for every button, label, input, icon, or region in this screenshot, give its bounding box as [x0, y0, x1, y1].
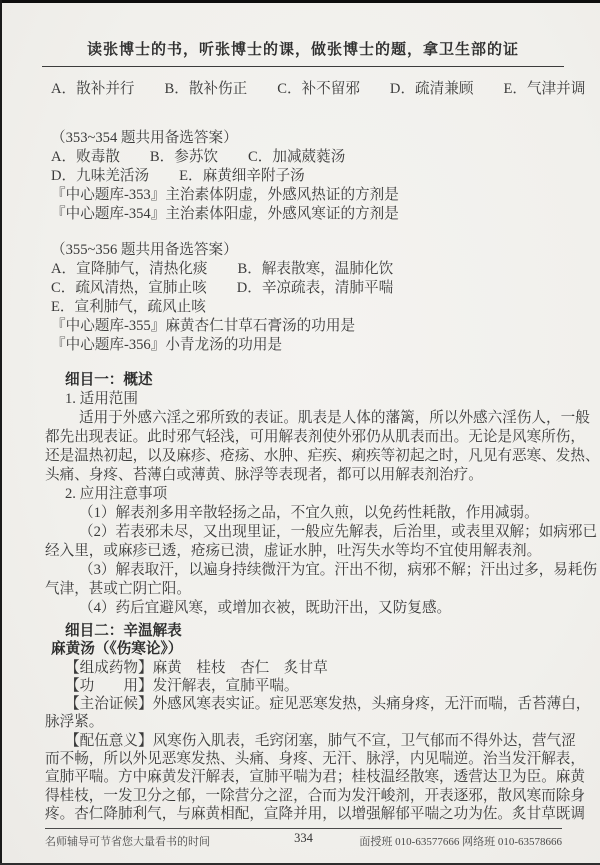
scanned-book-page: 读张博士的书，听张博士的课，做张博士的题，拿卫生部的证 A．散补并行B．散补伤正…	[0, 0, 600, 865]
option-item: A．败毒散	[51, 148, 120, 167]
section-heading: 细目一：概述	[65, 371, 562, 390]
section-answer-options-row: A．散补并行B．散补伤正C．补不留邪D．疏清兼顾E．气津并调	[45, 80, 562, 99]
footer-right-text: 面授班 010-63577666 网络班 010-63578666	[359, 833, 562, 849]
option-item: C．补不留邪	[277, 80, 360, 99]
group-caption: （355~356 题共用备选答案）	[51, 241, 562, 260]
body-line: 都先出现表证。此时邪气轻浅，可用解表剂使外邪仍从肌表而出。无论是风寒所伤，	[45, 428, 562, 447]
option-item: C．加减葳蕤汤	[248, 148, 345, 167]
option-item: D．九味羌活汤	[51, 167, 149, 186]
body-line: 头痛、身疼、苔薄白或薄黄、脉浮等表现者，都可以用解表剂治疗。	[45, 466, 562, 485]
question-355: 『中心题库-355』麻黄杏仁甘草石膏汤的功用是	[51, 317, 562, 336]
body-line: 疼。杏仁降肺利气，与麻黄相配，宣降并用，以增强解郁平喘之功为佐。炙甘草既调	[45, 805, 562, 823]
footer-left-text: 名师辅导可节省您大量看书的时间	[45, 833, 210, 849]
body-line: 【功 用】发汗解表，宣肺平喘。	[65, 677, 562, 695]
body-line: 还是温热初起，以及麻疹、疮疡、水肿、疟疾、痢疾等初起之时，凡见有恶寒、发热、	[45, 447, 562, 466]
body-line: 经入里，或麻疹已透，疮疡已溃，虚证水肿，吐泻失水等均不宜使用解表剂。	[45, 542, 562, 561]
option-item: D．辛凉疏表，清肺平喘	[237, 279, 393, 298]
option-item: E．麻黄细辛附子汤	[179, 167, 305, 186]
page-number: 334	[294, 831, 313, 846]
body-line: （4）药后宜避风寒，或增加衣被，既助汗出，又防复感。	[79, 599, 562, 618]
body-line: 宣肺平喘。方中麻黄发汗解表，宣肺平喘为君；桂枝温经散寒，透营达卫为臣。麻黄	[45, 768, 562, 786]
document-body: A．散补并行B．散补伤正C．补不留邪D．疏清兼顾E．气津并调（353~354 题…	[45, 72, 562, 823]
option-row: A．散补并行B．散补伤正C．补不留邪D．疏清兼顾E．气津并调	[51, 80, 562, 99]
group-caption: （353~354 题共用备选答案）	[51, 129, 562, 148]
page-header-slogan: 读张博士的书，听张博士的课，做张博士的题，拿卫生部的证	[42, 38, 564, 67]
option-item: A．散补并行	[51, 80, 135, 99]
option-item: D．疏清兼顾	[390, 80, 474, 99]
subsection-heading: 2. 应用注意事项	[65, 485, 562, 504]
option-row: C．疏风清热，宣肺止咳D．辛凉疏表，清肺平喘	[51, 279, 562, 298]
body-line: 适用于外感六淫之邪所致的表证。肌表是人体的藩篱，所以外感六淫伤人，一般	[79, 409, 562, 428]
option-item: C．疏风清热，宣肺止咳	[51, 279, 207, 298]
question-356: 『中心题库-356』小青龙汤的功用是	[51, 336, 562, 355]
option-item: B．散补伤正	[165, 80, 248, 99]
option-item: A．宣降肺气，清热化痰	[51, 260, 207, 279]
option-row: D．九味羌活汤E．麻黄细辛附子汤	[51, 167, 562, 186]
body-line: 气津，甚或亡阴亡阳。	[45, 580, 562, 599]
body-line: 而不畅，所以外见恶寒发热、头痛、身疼、无汗、脉浮，内见喘逆。治当发汗解表，	[45, 750, 562, 768]
body-line: 脉浮紧。	[45, 713, 562, 731]
body-line: 【主治证候】外感风寒表实证。症见恶寒发热，头痛身疼，无汗而喘，舌苔薄白，	[65, 695, 562, 713]
scan-edge-left	[0, 0, 2, 865]
option-item: E．气津并调	[503, 80, 585, 99]
formula-title: 麻黄汤（《伤寒论》）	[51, 640, 562, 658]
option-item: B．参苏饮	[150, 148, 218, 167]
section-outline-1-overview: 细目一：概述1. 适用范围适用于外感六淫之邪所致的表证。肌表是人体的藩篱，所以外…	[45, 371, 562, 618]
body-line: （2）若表邪未尽，又出现里证，一般应先解表，后治里，或表里双解；如病邪已	[79, 523, 562, 542]
option-item: B．解表散寒，温肺化饮	[237, 260, 393, 279]
body-line: （1）解表剂多用辛散轻扬之品，不宜久煎，以免药性耗散，作用减弱。	[79, 504, 562, 523]
option-row: A．宣降肺气，清热化痰B．解表散寒，温肺化饮	[51, 260, 562, 279]
body-line: （3）解表取汗，以遍身持续微汗为宜。汗出不彻，病邪不解；汗出过多，易耗伤	[79, 561, 562, 580]
section-questions-355-356: （355~356 题共用备选答案）A．宣降肺气，清热化痰B．解表散寒，温肺化饮C…	[45, 241, 562, 355]
subsection-heading: 1. 适用范围	[65, 390, 562, 409]
option-row: A．败毒散B．参苏饮C．加减葳蕤汤	[51, 148, 562, 167]
section-outline-2-xinwen-jiebiao: 细目二：辛温解表麻黄汤（《伤寒论》）【组成药物】麻黄 桂枝 杏仁 炙甘草【功 用…	[45, 622, 562, 823]
option-row: E．宣利肺气，疏风止咳	[51, 298, 562, 317]
body-line: 得桂枝，一发卫分之郁，一除营分之涩，合而为发汗峻剂，开表逐邪，散风寒而除身	[45, 787, 562, 805]
section-heading: 细目二：辛温解表	[65, 622, 562, 640]
section-questions-353-354: （353~354 题共用备选答案）A．败毒散B．参苏饮C．加减葳蕤汤D．九味羌活…	[45, 129, 562, 224]
page-footer: 名师辅导可节省您大量看书的时间 334 面授班 010-63577666 网络班…	[45, 828, 562, 849]
body-line: 【配伍意义】风寒伤入肌表，毛窍闭塞，肺气不宣，卫气郁而不得外达，营气涩	[65, 732, 562, 750]
question-354: 『中心题库-354』主治素体阳虚，外感风寒证的方剂是	[51, 205, 562, 224]
option-item: E．宣利肺气，疏风止咳	[51, 298, 206, 317]
scan-edge-top	[0, 0, 600, 3]
question-353: 『中心题库-353』主治素体阴虚，外感风热证的方剂是	[51, 186, 562, 205]
body-line: 【组成药物】麻黄 桂枝 杏仁 炙甘草	[65, 659, 562, 677]
